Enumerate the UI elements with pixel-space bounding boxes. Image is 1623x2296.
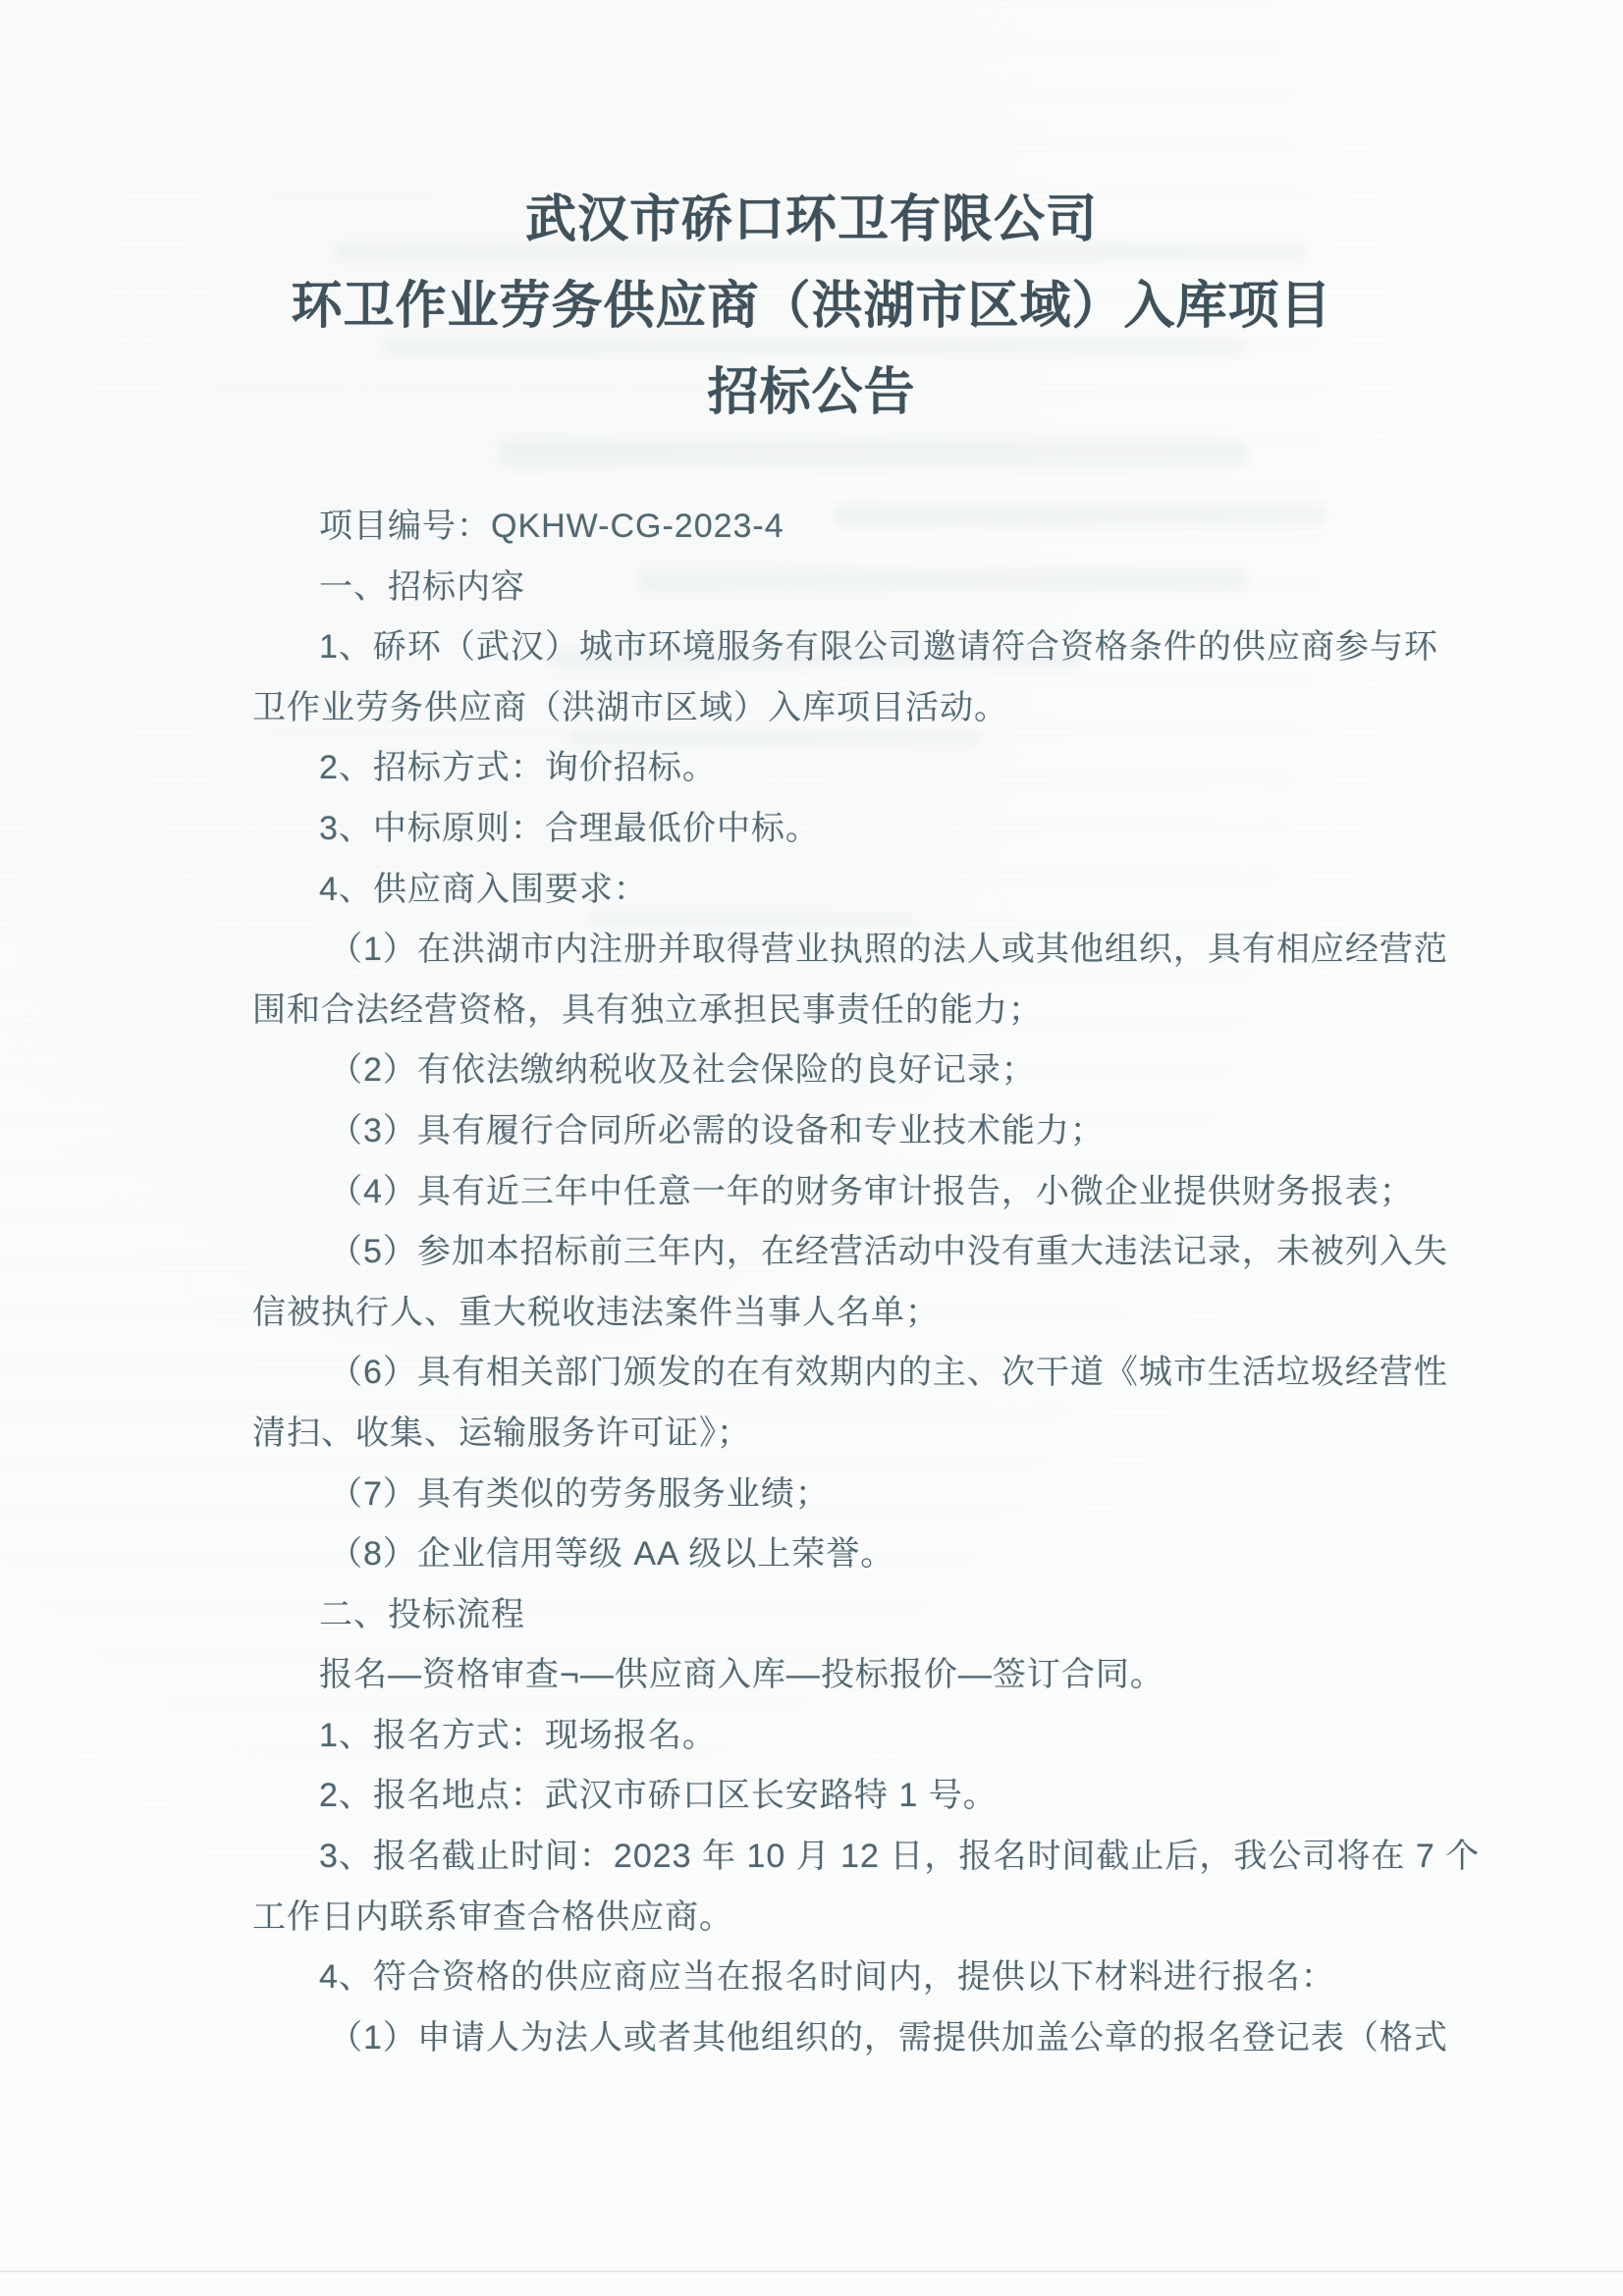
document-text-line: （3）具有履行合同所必需的设备和专业技术能力；	[252, 1101, 1470, 1162]
document-text-line: 一、招标内容	[252, 558, 1470, 618]
document-text-line: （5）参加本招标前三年内，在经营活动中没有重大违法记录，未被列入失	[252, 1222, 1470, 1283]
document-text-line: 4、符合资格的供应商应当在报名时间内，提供以下材料进行报名：	[252, 1948, 1470, 2008]
document-text-line: 1、报名方式：现场报名。	[252, 1706, 1470, 1767]
document-text-line: 2、招标方式：询价招标。	[252, 738, 1470, 799]
document-text-line: 3、中标原则：合理最低价中标。	[252, 799, 1470, 860]
document-text-line: （1）在洪湖市内注册并取得营业执照的法人或其他组织，具有相应经营范	[252, 920, 1470, 981]
bleedthrough-mark	[501, 439, 1247, 466]
document-text-line: 二、投标流程	[252, 1585, 1470, 1646]
document-text-line: （1）申请人为法人或者其他组织的，需提供加盖公章的报名登记表（格式	[252, 2008, 1470, 2069]
document-text-line: （4）具有近三年中任意一年的财务审计报告，小微企业提供财务报表；	[252, 1162, 1470, 1223]
document-text-line: 围和合法经营资格，具有独立承担民事责任的能力；	[252, 981, 1470, 1041]
document-title-project: 环卫作业劳务供应商（洪湖市区域）入库项目	[0, 263, 1623, 349]
document-text-line: 信被执行人、重大税收违法案件当事人名单；	[252, 1283, 1470, 1344]
document-title-company: 武汉市硚口环卫有限公司	[0, 177, 1623, 263]
document-text-line: （6）具有相关部门颁发的在有效期内的主、次干道《城市生活垃圾经营性	[252, 1343, 1470, 1404]
document-text-line: 报名—资格审查¬—供应商入库—投标报价—签订合同。	[252, 1645, 1470, 1706]
document-text-line: 卫作业劳务供应商（洪湖市区域）入库项目活动。	[252, 678, 1470, 739]
document-text-line: 清扫、收集、运输服务许可证》；	[252, 1404, 1470, 1465]
document-title-notice: 招标公告	[0, 349, 1623, 436]
document-title-block: 武汉市硚口环卫有限公司 环卫作业劳务供应商（洪湖市区域）入库项目 招标公告	[0, 177, 1623, 436]
document-text-line: （2）有依法缴纳税收及社会保险的良好记录；	[252, 1041, 1470, 1101]
document-text-line: 2、报名地点：武汉市硚口区长安路特 1 号。	[252, 1766, 1470, 1827]
scan-artifact-line	[0, 2270, 1623, 2272]
document-body: 项目编号：QKHW-CG-2023-4一、招标内容1、硚环（武汉）城市环境服务有…	[252, 497, 1470, 2068]
document-text-line: 3、报名截止时间：2023 年 10 月 12 日，报名时间截止后，我公司将在 …	[252, 1827, 1470, 1888]
document-text-line: （7）具有类似的劳务服务业绩；	[252, 1465, 1470, 1525]
document-text-line: （8）企业信用等级 AA 级以上荣誉。	[252, 1524, 1470, 1585]
document-text-line: 工作日内联系审查合格供应商。	[252, 1888, 1470, 1949]
document-text-line: 项目编号：QKHW-CG-2023-4	[252, 497, 1470, 558]
scanned-document-page: 武汉市硚口环卫有限公司 环卫作业劳务供应商（洪湖市区域）入库项目 招标公告 项目…	[0, 0, 1623, 2296]
document-text-line: 1、硚环（武汉）城市环境服务有限公司邀请符合资格条件的供应商参与环	[252, 617, 1470, 678]
document-text-line: 4、供应商入围要求：	[252, 860, 1470, 921]
